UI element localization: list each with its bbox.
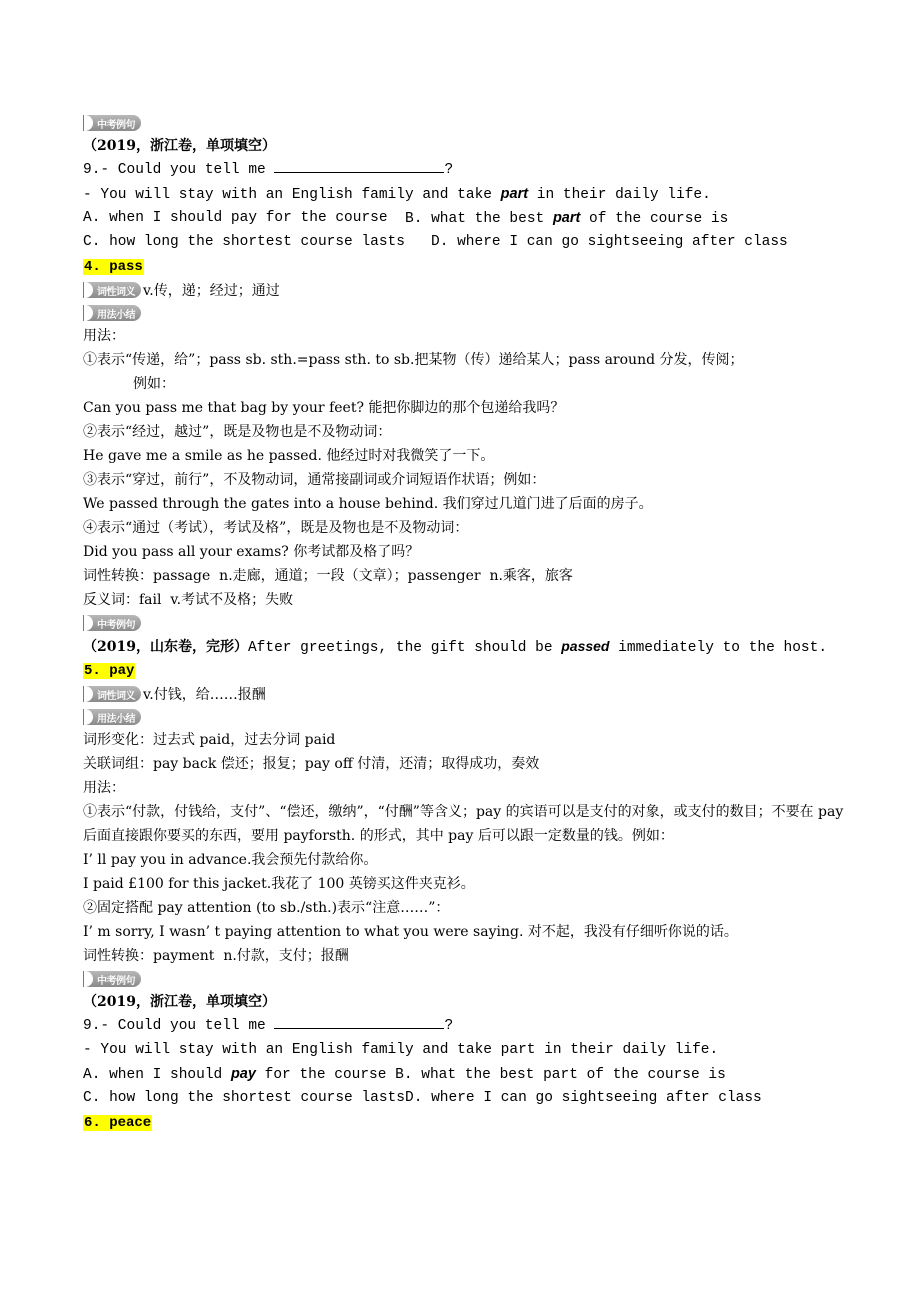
usage-label: 用法： (83, 324, 858, 348)
usage-item-4: ④表示“通过（考试），考试及格”，既是及物也是不及物动词： (83, 516, 858, 540)
word-heading-pay: 5. pay (83, 658, 858, 682)
usage-item-2: ②表示“经过，越过”，既是及物也是不及物动词： (83, 420, 858, 444)
meaning-row: 词性词义 v.付钱，给……报酬 (83, 682, 858, 706)
meaning-text: v.传，递；经过；通过 (143, 280, 280, 300)
answer-blank (274, 1014, 444, 1029)
example-sentence: We passed through the gates into a house… (83, 492, 858, 516)
options-cd: C. how long the shortest course lasts D.… (83, 230, 858, 254)
usage-item-1: ①表示“传递，给”；pass sb. sth.=pass sth. to sb.… (83, 348, 858, 372)
exam-source: （2019，浙江卷，单项填空） (83, 990, 858, 1014)
option-c: C. how long the shortest course lasts (83, 230, 431, 254)
option-d: D. where I can go sightseeing after clas… (405, 1086, 762, 1110)
related-phrases: 关联词组：pay back 偿还；报复；pay off 付清，还清；取得成功，奏… (83, 752, 858, 776)
example-sentence: I paid £100 for this jacket.我花了 100 英镑买这… (83, 872, 858, 896)
usage-item-2: ②固定搭配 pay attention (to sb./sth.)表示“注意……… (83, 896, 858, 920)
usage-badge-row: 用法小结 (83, 706, 858, 728)
meaning-badge: 词性词义 (83, 282, 141, 298)
exam-source: （2019，浙江卷，单项填空） (83, 134, 858, 158)
usage-label: 用法： (83, 776, 858, 800)
option-d: D. where I can go sightseeing after clas… (431, 230, 788, 254)
antonym: 反义词：fail v.考试不及格；失败 (83, 588, 858, 612)
example-sentence: He gave me a smile as he passed. 他经过时对我微… (83, 444, 858, 468)
usage-badge: 用法小结 (83, 305, 141, 321)
exam-example: （2019，山东卷，完形）After greetings, the gift s… (83, 634, 858, 658)
word-forms: 词形变化：过去式 paid，过去分词 paid (83, 728, 858, 752)
usage-item-1-cont: 例如： (83, 372, 858, 396)
meaning-row: 词性词义 v.传，递；经过；通过 (83, 278, 858, 302)
example-sentence: Did you pass all your exams? 你考试都及格了吗？ (83, 540, 858, 564)
options-ab: A. when I should pay for the course B. w… (83, 1062, 858, 1086)
answer-line: - You will stay with an English family a… (83, 182, 858, 206)
example-badge-row: 中考例句 (83, 112, 858, 134)
meaning-badge: 词性词义 (83, 686, 141, 702)
document-page: 中考例句 （2019，浙江卷，单项填空） 9.- Could you tell … (83, 112, 858, 1134)
word-heading-pass: 4. pass (83, 254, 858, 278)
example-sentence: I’ ll pay you in advance.我会预先付款给你。 (83, 848, 858, 872)
options-cd: C. how long the shortest course lasts D.… (83, 1086, 858, 1110)
example-sentence: I’ m sorry, I wasn’ t paying attention t… (83, 920, 858, 944)
option-b: B. what the best part of the course is (405, 206, 728, 230)
answer-line: - You will stay with an English family a… (83, 1038, 858, 1062)
example-badge: 中考例句 (83, 115, 141, 131)
meaning-text: v.付钱，给……报酬 (143, 684, 266, 704)
option-c: C. how long the shortest course lasts (83, 1086, 405, 1110)
option-a: A. when I should pay for the course (83, 206, 405, 230)
word-conversion: 词性转换：payment n.付款，支付；报酬 (83, 944, 858, 968)
answer-blank (274, 158, 444, 173)
emphasis-word: part (501, 186, 528, 202)
usage-badge: 用法小结 (83, 709, 141, 725)
word-conversion: 词性转换：passage n.走廊，通道；一段（文章）；passenger n.… (83, 564, 858, 588)
word-heading-peace: 6. peace (83, 1110, 858, 1134)
usage-item-3: ③表示“穿过，前行”，不及物动词，通常接副词或介词短语作状语；例如： (83, 468, 858, 492)
options-ab: A. when I should pay for the course B. w… (83, 206, 858, 230)
example-badge: 中考例句 (83, 971, 141, 987)
question-line: 9.- Could you tell me ? (83, 1014, 858, 1038)
usage-badge-row: 用法小结 (83, 302, 858, 324)
usage-item-1: ①表示“付款，付钱给，支付”、“偿还，缴纳”，“付酬”等含义；pay 的宾语可以… (83, 800, 858, 848)
example-badge: 中考例句 (83, 615, 141, 631)
emphasis-word: pay (231, 1066, 256, 1082)
example-badge-row: 中考例句 (83, 612, 858, 634)
example-sentence: Can you pass me that bag by your feet? 能… (83, 396, 858, 420)
example-badge-row: 中考例句 (83, 968, 858, 990)
emphasis-word: passed (561, 638, 609, 654)
question-line: 9.- Could you tell me ? (83, 158, 858, 182)
emphasis-word: part (553, 210, 580, 226)
